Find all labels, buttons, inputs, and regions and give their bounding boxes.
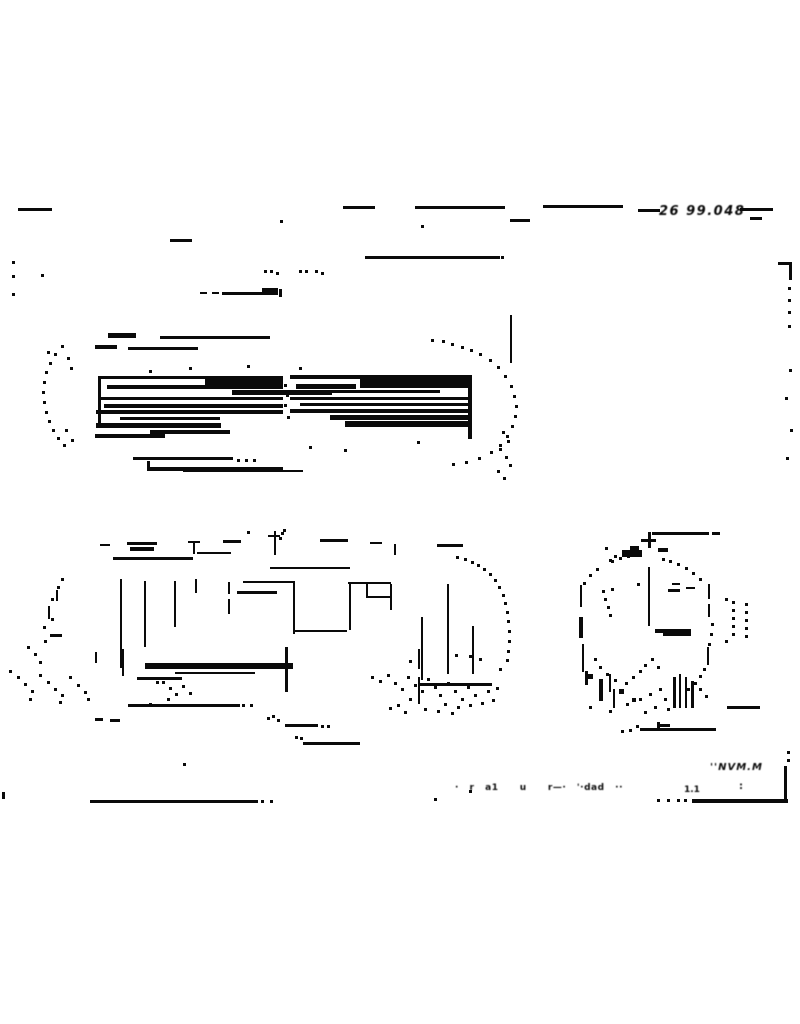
ink-dot bbox=[703, 668, 706, 671]
ink-dot bbox=[508, 640, 511, 643]
ink-dot bbox=[284, 404, 287, 407]
line-segment bbox=[692, 799, 788, 803]
ink-dot bbox=[454, 690, 457, 693]
line-segment bbox=[128, 347, 198, 350]
line-segment bbox=[585, 671, 588, 685]
ink-dot bbox=[492, 699, 495, 702]
ink-dot bbox=[669, 560, 672, 563]
ink-dot bbox=[694, 682, 697, 685]
ink-dot bbox=[54, 353, 57, 356]
ink-dot bbox=[662, 558, 665, 561]
line-segment bbox=[175, 672, 255, 674]
ink-dot bbox=[279, 537, 282, 540]
line-segment bbox=[170, 239, 192, 242]
ink-dot bbox=[596, 568, 599, 571]
ink-dot bbox=[787, 751, 790, 754]
ink-dot bbox=[175, 693, 178, 696]
line-segment bbox=[345, 421, 468, 427]
line-segment bbox=[366, 582, 368, 596]
ink-dot bbox=[414, 684, 417, 687]
ink-dot bbox=[379, 680, 382, 683]
ink-dot bbox=[277, 719, 280, 722]
line-segment bbox=[95, 652, 97, 663]
ink-dot bbox=[242, 704, 245, 707]
ink-dot bbox=[34, 653, 37, 656]
ink-dot bbox=[644, 664, 647, 667]
ink-dot bbox=[57, 437, 60, 440]
line-segment bbox=[95, 718, 103, 721]
ink-dot bbox=[788, 299, 791, 302]
ink-dot bbox=[261, 800, 264, 803]
line-segment bbox=[228, 599, 230, 614]
ink-dot bbox=[632, 676, 635, 679]
line-segment bbox=[195, 579, 197, 593]
ink-dot bbox=[788, 325, 791, 328]
ink-dot bbox=[447, 682, 450, 685]
line-segment bbox=[222, 292, 264, 295]
ink-dot bbox=[605, 547, 608, 550]
line-segment bbox=[394, 544, 396, 555]
line-segment bbox=[133, 457, 233, 460]
ink-dot bbox=[604, 598, 607, 601]
ink-dot bbox=[504, 602, 507, 605]
line-segment bbox=[655, 629, 691, 633]
line-segment bbox=[279, 289, 282, 297]
ink-dot bbox=[502, 431, 505, 434]
ink-dot bbox=[664, 698, 667, 701]
line-segment bbox=[343, 206, 375, 209]
line-segment bbox=[668, 589, 680, 592]
line-segment bbox=[290, 409, 468, 413]
ink-dot bbox=[299, 270, 302, 273]
line-segment bbox=[108, 333, 136, 338]
ink-dot bbox=[12, 275, 15, 278]
drawing-canvas bbox=[0, 0, 800, 1024]
ink-dot bbox=[270, 800, 273, 803]
ink-dot bbox=[745, 603, 748, 606]
ink-dot bbox=[745, 635, 748, 638]
ink-dot bbox=[389, 707, 392, 710]
ink-dot bbox=[483, 568, 486, 571]
ink-dot bbox=[651, 658, 654, 661]
ink-dot bbox=[639, 698, 642, 701]
ink-dot bbox=[496, 687, 499, 690]
ink-dot bbox=[644, 711, 647, 714]
ink-dot bbox=[427, 678, 430, 681]
ink-dot bbox=[464, 558, 467, 561]
ink-dot bbox=[499, 444, 502, 447]
ink-dot bbox=[270, 270, 273, 273]
ink-dot bbox=[300, 737, 303, 740]
ink-dot bbox=[451, 343, 454, 346]
ink-dot bbox=[785, 397, 788, 400]
caption-fragments-text: · r a1 u r—· '·dad ·· bbox=[455, 783, 623, 793]
ink-dot bbox=[321, 725, 324, 728]
line-segment bbox=[243, 581, 295, 583]
ink-dot bbox=[84, 691, 87, 694]
ink-dot bbox=[787, 759, 790, 762]
ink-dot bbox=[506, 435, 509, 438]
line-segment bbox=[145, 663, 293, 669]
line-segment bbox=[205, 378, 283, 386]
ink-dot bbox=[687, 688, 690, 691]
ink-dot bbox=[611, 588, 614, 591]
line-segment bbox=[789, 262, 792, 280]
ink-dot bbox=[657, 799, 660, 802]
line-segment bbox=[303, 742, 360, 745]
ink-dot bbox=[401, 688, 404, 691]
ink-dot bbox=[272, 715, 275, 718]
ink-dot bbox=[489, 573, 492, 576]
line-segment bbox=[128, 704, 240, 707]
ink-dot bbox=[149, 703, 152, 706]
line-segment bbox=[48, 606, 50, 619]
ink-dot bbox=[287, 416, 290, 419]
ink-dot bbox=[614, 555, 617, 558]
ink-dot bbox=[442, 340, 445, 343]
line-segment bbox=[580, 585, 582, 607]
ink-dot bbox=[511, 425, 514, 428]
line-segment bbox=[120, 417, 220, 420]
ink-dot bbox=[31, 690, 34, 693]
ink-dot bbox=[61, 578, 64, 581]
ink-dot bbox=[506, 611, 509, 614]
line-segment bbox=[510, 219, 530, 222]
ink-dot bbox=[434, 686, 437, 689]
line-segment bbox=[707, 647, 709, 665]
line-segment bbox=[613, 689, 615, 708]
line-segment bbox=[784, 766, 787, 800]
ink-dot bbox=[725, 640, 728, 643]
ink-dot bbox=[619, 689, 624, 694]
ink-dot bbox=[619, 557, 622, 560]
ink-dot bbox=[509, 464, 512, 467]
ink-dot bbox=[607, 606, 610, 609]
ink-dot bbox=[183, 763, 186, 766]
line-segment bbox=[658, 548, 668, 552]
ink-dot bbox=[599, 666, 602, 669]
line-segment bbox=[418, 649, 420, 669]
ink-dot bbox=[387, 674, 390, 677]
line-segment bbox=[750, 217, 762, 220]
line-segment bbox=[150, 430, 230, 434]
ink-dot bbox=[17, 676, 20, 679]
ink-dot bbox=[299, 367, 302, 370]
ink-dot bbox=[70, 367, 73, 370]
ink-dot bbox=[614, 679, 617, 682]
line-segment bbox=[290, 397, 468, 400]
line-segment bbox=[472, 626, 474, 674]
ink-dot bbox=[732, 625, 735, 628]
ink-dot bbox=[51, 598, 54, 601]
line-segment bbox=[228, 582, 230, 594]
ink-dot bbox=[77, 684, 80, 687]
ink-dot bbox=[47, 681, 50, 684]
ink-dot bbox=[479, 658, 482, 661]
line-segment bbox=[648, 532, 651, 548]
ink-dot bbox=[513, 395, 516, 398]
ink-dot bbox=[629, 729, 632, 732]
line-segment bbox=[56, 590, 58, 601]
ink-dot bbox=[788, 311, 791, 314]
line-segment bbox=[107, 385, 283, 389]
ink-dot bbox=[327, 725, 330, 728]
line-segment bbox=[365, 256, 500, 259]
line-segment bbox=[415, 206, 505, 209]
line-segment bbox=[223, 540, 241, 543]
ink-dot bbox=[321, 272, 324, 275]
line-segment bbox=[270, 567, 350, 569]
ink-dot bbox=[71, 439, 74, 442]
ink-dot bbox=[39, 661, 42, 664]
ink-dot bbox=[609, 559, 612, 562]
ink-dot bbox=[505, 456, 508, 459]
ink-dot bbox=[315, 270, 318, 273]
ink-dot bbox=[421, 225, 424, 228]
ink-dot bbox=[627, 555, 630, 558]
line-segment bbox=[104, 404, 283, 408]
ink-dot bbox=[708, 643, 711, 646]
ink-dot bbox=[667, 708, 670, 711]
line-segment bbox=[421, 617, 423, 680]
ink-dot bbox=[497, 366, 500, 369]
ink-dot bbox=[394, 682, 397, 685]
ink-dot bbox=[711, 623, 714, 626]
ink-dot bbox=[434, 798, 437, 801]
ink-dot bbox=[732, 633, 735, 636]
line-segment bbox=[510, 315, 512, 363]
line-segment bbox=[95, 434, 165, 438]
ink-dot bbox=[732, 617, 735, 620]
ink-dot bbox=[621, 730, 624, 733]
ink-dot bbox=[657, 666, 660, 669]
ink-dot bbox=[47, 351, 50, 354]
ink-dot bbox=[280, 220, 283, 223]
line-segment bbox=[96, 423, 221, 428]
ink-dot bbox=[470, 349, 473, 352]
ink-dot bbox=[705, 695, 708, 698]
line-segment bbox=[293, 581, 295, 634]
ink-dot bbox=[609, 710, 612, 713]
line-segment bbox=[579, 617, 583, 638]
ink-dot bbox=[397, 704, 400, 707]
ink-dot bbox=[745, 627, 748, 630]
sheet-border bbox=[2, 256, 793, 803]
line-segment bbox=[679, 674, 681, 708]
ink-dot bbox=[276, 272, 279, 275]
ink-dot bbox=[589, 574, 592, 577]
ink-dot bbox=[149, 370, 152, 373]
side-elevation bbox=[9, 531, 511, 766]
line-segment bbox=[110, 719, 120, 722]
ink-dot bbox=[609, 614, 612, 617]
ink-dot bbox=[502, 594, 505, 597]
line-segment bbox=[127, 542, 157, 545]
ink-dot bbox=[162, 681, 165, 684]
ink-dot bbox=[284, 384, 287, 387]
line-segment bbox=[285, 724, 318, 727]
line-segment bbox=[174, 581, 176, 627]
ink-dot bbox=[494, 579, 497, 582]
ink-dot bbox=[497, 470, 500, 473]
line-segment bbox=[183, 470, 303, 472]
ink-dot bbox=[649, 693, 652, 696]
line-segment bbox=[543, 205, 623, 208]
ink-dot bbox=[156, 681, 159, 684]
line-segment bbox=[609, 674, 611, 692]
ink-dot bbox=[639, 670, 642, 673]
ink-dot bbox=[455, 654, 458, 657]
ink-dot bbox=[606, 673, 609, 676]
line-segment bbox=[727, 706, 760, 709]
line-segment bbox=[100, 397, 283, 400]
scanned-drawing-page: 26 99.048 ''NVM.M · r a1 u r—· '·dad ·· … bbox=[0, 0, 800, 1024]
ink-dot bbox=[43, 626, 46, 629]
ink-dot bbox=[465, 461, 468, 464]
line-segment bbox=[712, 532, 720, 535]
line-segment bbox=[320, 539, 348, 542]
ink-dot bbox=[469, 655, 472, 658]
ink-dot bbox=[63, 444, 66, 447]
ink-dot bbox=[637, 583, 640, 586]
ink-dot bbox=[501, 256, 504, 259]
ink-dot bbox=[677, 799, 680, 802]
ink-dot bbox=[625, 682, 628, 685]
line-segment bbox=[274, 531, 276, 555]
line-segment bbox=[147, 461, 150, 469]
line-segment bbox=[663, 633, 691, 636]
line-segment bbox=[657, 722, 660, 730]
ink-dot bbox=[344, 449, 347, 452]
ink-dot bbox=[69, 676, 72, 679]
ink-dot bbox=[474, 694, 477, 697]
ink-dot bbox=[456, 556, 459, 559]
ink-dot bbox=[309, 446, 312, 449]
ink-dot bbox=[371, 676, 374, 679]
line-segment bbox=[290, 390, 440, 393]
ink-dot bbox=[602, 590, 605, 593]
line-segment bbox=[262, 288, 278, 295]
line-segment bbox=[300, 403, 468, 406]
ink-dot bbox=[43, 401, 46, 404]
ink-dot bbox=[508, 630, 511, 633]
line-segment bbox=[622, 550, 642, 557]
line-segment bbox=[349, 582, 351, 630]
ink-dot bbox=[677, 563, 680, 566]
ink-dot bbox=[457, 706, 460, 709]
line-segment bbox=[2, 792, 5, 799]
line-segment bbox=[113, 557, 193, 560]
line-segment bbox=[160, 336, 270, 339]
ink-dot bbox=[588, 674, 593, 679]
line-segment bbox=[672, 583, 680, 585]
line-segment bbox=[18, 208, 52, 211]
line-segment bbox=[673, 677, 676, 708]
ink-dot bbox=[481, 702, 484, 705]
ink-dot bbox=[424, 708, 427, 711]
end-view bbox=[579, 532, 760, 733]
ink-dot bbox=[182, 685, 185, 688]
ink-dot bbox=[247, 531, 250, 534]
ink-dot bbox=[409, 698, 412, 701]
ink-dot bbox=[39, 674, 42, 677]
ink-dot bbox=[515, 405, 518, 408]
line-segment bbox=[137, 677, 182, 680]
line-segment bbox=[648, 567, 650, 626]
line-segment bbox=[708, 604, 710, 617]
line-segment bbox=[630, 546, 639, 551]
line-segment bbox=[418, 677, 420, 704]
line-segment bbox=[130, 547, 154, 551]
ink-dot bbox=[237, 459, 240, 462]
ink-dot bbox=[189, 692, 192, 695]
ink-dot bbox=[732, 601, 735, 604]
line-segment bbox=[200, 292, 207, 294]
ink-dot bbox=[281, 532, 284, 535]
ink-dot bbox=[684, 799, 687, 802]
line-segment bbox=[638, 209, 660, 212]
ink-dot bbox=[667, 799, 670, 802]
ink-dot bbox=[654, 706, 657, 709]
ink-dot bbox=[589, 706, 592, 709]
ink-dot bbox=[264, 270, 267, 273]
line-segment bbox=[212, 292, 219, 294]
caption-colon-text: : bbox=[739, 781, 743, 792]
ink-dot bbox=[27, 646, 30, 649]
ink-dot bbox=[29, 698, 32, 701]
ink-dot bbox=[439, 694, 442, 697]
ink-dot bbox=[498, 586, 501, 589]
line-segment bbox=[98, 376, 101, 426]
ink-dot bbox=[54, 688, 57, 691]
ink-dot bbox=[87, 698, 90, 701]
ink-dot bbox=[467, 686, 470, 689]
line-segment bbox=[708, 584, 710, 599]
ink-dot bbox=[788, 287, 791, 290]
line-segment bbox=[390, 584, 392, 610]
ink-dot bbox=[699, 688, 702, 691]
ink-dot bbox=[471, 561, 474, 564]
ink-dot bbox=[295, 736, 298, 739]
ink-dot bbox=[43, 381, 46, 384]
ink-dot bbox=[45, 411, 48, 414]
line-segment bbox=[660, 724, 670, 727]
ink-dot bbox=[489, 359, 492, 362]
line-segment bbox=[285, 647, 288, 692]
ink-dot bbox=[44, 640, 47, 643]
ink-dot bbox=[790, 429, 793, 432]
ink-dot bbox=[444, 703, 447, 706]
line-segment bbox=[652, 532, 709, 535]
ink-dot bbox=[469, 704, 472, 707]
ink-dot bbox=[409, 660, 412, 663]
line-segment bbox=[330, 415, 468, 420]
ink-dot bbox=[507, 620, 510, 623]
ink-dot bbox=[583, 582, 586, 585]
ink-dot bbox=[404, 711, 407, 714]
ink-dot bbox=[503, 477, 506, 480]
ink-dot bbox=[685, 567, 688, 570]
ink-dot bbox=[725, 598, 728, 601]
ink-dot bbox=[42, 391, 45, 394]
ink-dot bbox=[51, 618, 54, 621]
line-segment bbox=[95, 345, 117, 349]
ink-dot bbox=[189, 367, 192, 370]
ink-dot bbox=[49, 362, 52, 365]
ink-dot bbox=[487, 690, 490, 693]
ink-dot bbox=[699, 578, 702, 581]
plan-view bbox=[42, 315, 518, 480]
